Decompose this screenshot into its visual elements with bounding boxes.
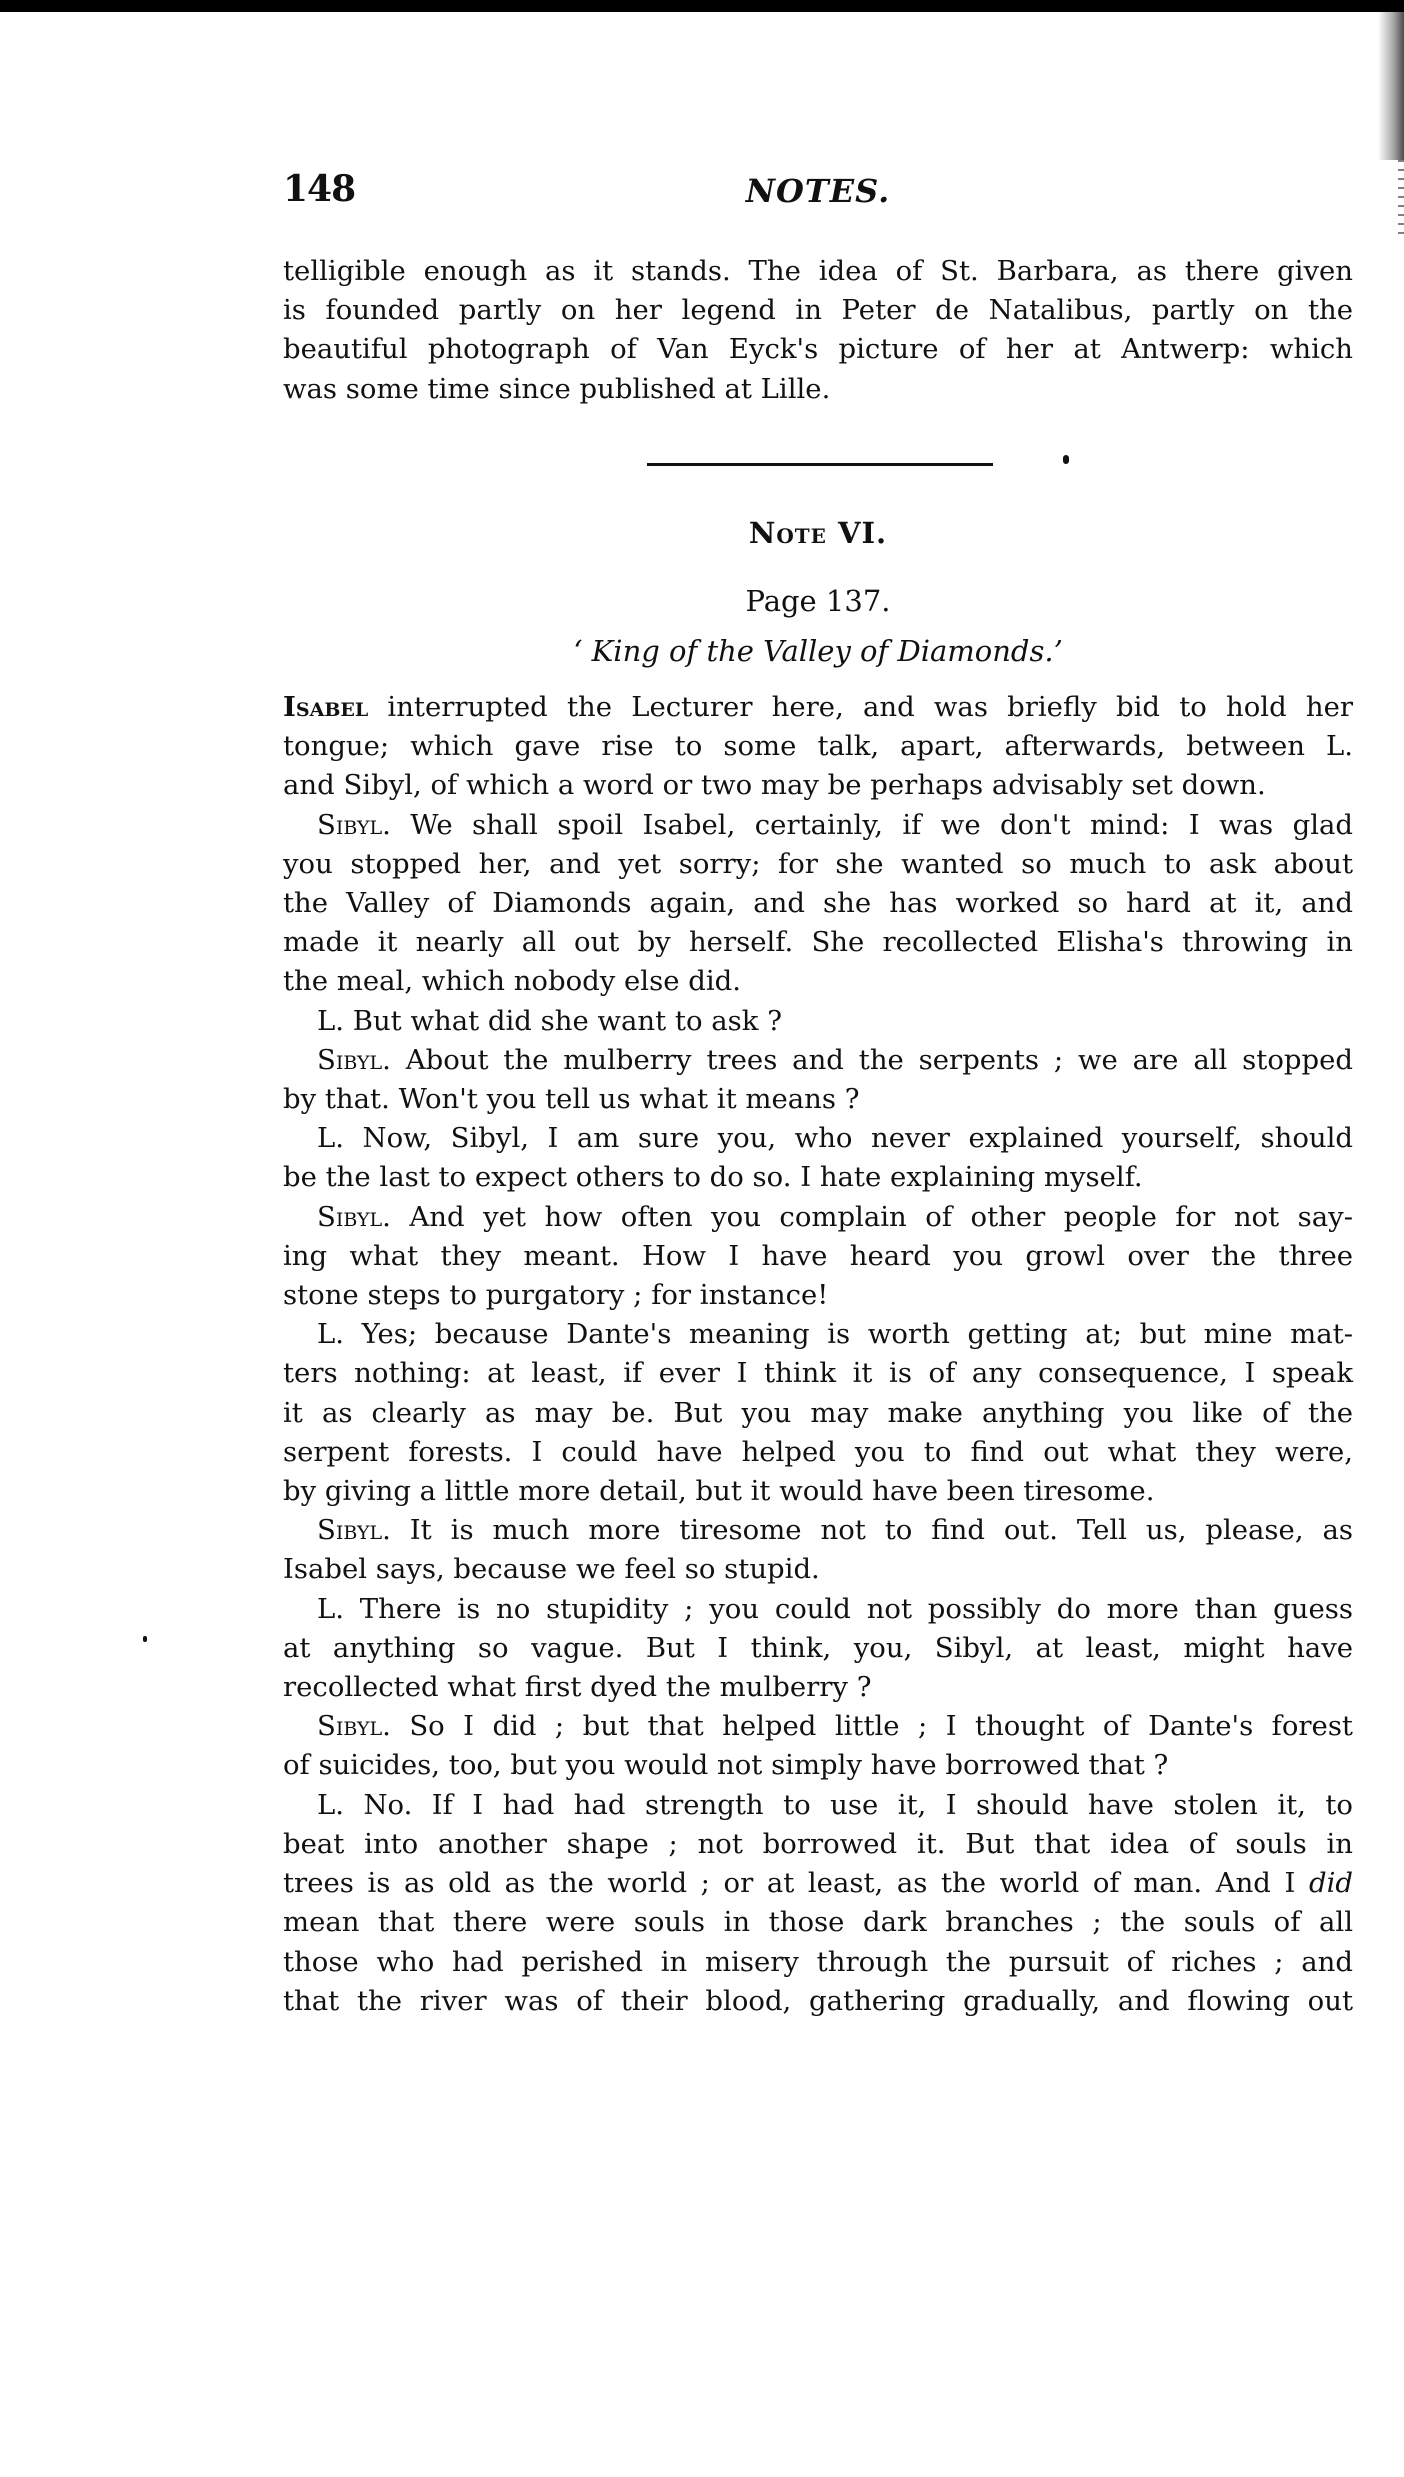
text-line: it as clearly as may be. But you may mak… bbox=[283, 1394, 1353, 1433]
text-line: at anything so vague. But I think, you, … bbox=[283, 1629, 1353, 1668]
page-reference: Page 137. bbox=[283, 584, 1353, 618]
text-line: that the river was of their blood, gathe… bbox=[283, 1982, 1353, 2021]
print-speck bbox=[143, 1636, 147, 1642]
speaker-name: Sibyl. bbox=[317, 1710, 391, 1742]
paragraph-l: L. There is no stupidity ; you could not… bbox=[283, 1590, 1353, 1708]
text-line: trees is as old as the world ; or at lea… bbox=[283, 1867, 1309, 1899]
text-line: Isabel says, because we feel so stupid. bbox=[283, 1550, 1353, 1589]
text-line: is founded partly on her legend in Peter… bbox=[283, 291, 1353, 330]
paragraph-sibyl: Sibyl. So I did ; but that helped little… bbox=[283, 1707, 1353, 1785]
text-line: you stopped her, and yet sorry; for she … bbox=[283, 845, 1353, 884]
speaker-name: L. bbox=[317, 1789, 344, 1821]
text-line: Now, Sibyl, I am sure you, who never exp… bbox=[344, 1122, 1353, 1154]
paragraph-l: L. But what did she want to ask ? bbox=[283, 1002, 1353, 1041]
paragraph-l: L. Yes; because Dante's meaning is worth… bbox=[283, 1315, 1353, 1511]
text-line: serpent forests. I could have helped you… bbox=[283, 1433, 1353, 1472]
text-line: And yet how often you complain of other … bbox=[391, 1201, 1353, 1233]
text-line: beat into another shape ; not borrowed i… bbox=[283, 1825, 1353, 1864]
scan-edge-noise bbox=[1398, 160, 1404, 240]
text-line: telligible enough as it stands. The idea… bbox=[283, 252, 1353, 291]
speaker-name: L. bbox=[317, 1005, 344, 1037]
text-line: made it nearly all out by herself. She r… bbox=[283, 923, 1353, 962]
print-speck bbox=[1063, 455, 1069, 464]
page-header: 148 NOTES. bbox=[283, 168, 1353, 212]
speaker-name: L. bbox=[317, 1318, 344, 1350]
text-line: About the mulberry trees and the serpent… bbox=[391, 1044, 1353, 1076]
speaker-name: Isabel bbox=[283, 691, 368, 723]
scan-top-border bbox=[0, 0, 1404, 12]
speaker-name: Sibyl. bbox=[317, 1201, 391, 1233]
speaker-name: Sibyl. bbox=[317, 1514, 391, 1546]
speaker-name: Sibyl. bbox=[317, 809, 391, 841]
text-line: be the last to expect others to do so. I… bbox=[283, 1158, 1353, 1197]
paragraph-sibyl: Sibyl. We shall spoil Isabel, certainly,… bbox=[283, 806, 1353, 1002]
text-line: those who had perished in misery through… bbox=[283, 1943, 1353, 1982]
text-line: and Sibyl, of which a word or two may be… bbox=[283, 766, 1353, 805]
text-line: So I did ; but that helped little ; I th… bbox=[391, 1710, 1353, 1742]
running-title: NOTES. bbox=[283, 172, 1353, 210]
text-line: was some time since published at Lille. bbox=[283, 370, 1353, 409]
text-line: tongue; which gave rise to some talk, ap… bbox=[283, 727, 1353, 766]
text-line: recollected what first dyed the mulberry… bbox=[283, 1668, 1353, 1707]
text-line: by that. Won't you tell us what it means… bbox=[283, 1080, 1353, 1119]
text-line: of suicides, too, but you would not simp… bbox=[283, 1746, 1353, 1785]
speaker-name: Sibyl. bbox=[317, 1044, 391, 1076]
text-line: No. If I had had strength to use it, I s… bbox=[344, 1789, 1353, 1821]
scan-corner-shadow bbox=[1378, 0, 1404, 160]
paragraph-l: L. No. If I had had strength to use it, … bbox=[283, 1786, 1353, 2021]
paragraph-sibyl: Sibyl. And yet how often you complain of… bbox=[283, 1198, 1353, 1316]
note-title: Note VI. bbox=[283, 516, 1353, 550]
paragraph-isabel: Isabel interrupted the Lecturer here, an… bbox=[283, 688, 1353, 806]
text-line: the meal, which nobody else did. bbox=[283, 962, 1353, 1001]
paragraph-sibyl: Sibyl. About the mulberry trees and the … bbox=[283, 1041, 1353, 1119]
paragraph-sibyl: Sibyl. It is much more tiresome not to f… bbox=[283, 1511, 1353, 1589]
text-line: stone steps to purgatory ; for instance! bbox=[283, 1276, 1353, 1315]
text-line: mean that there were souls in those dark… bbox=[283, 1903, 1353, 1942]
text-line: ters nothing: at least, if ever I think … bbox=[283, 1354, 1353, 1393]
paragraph-l: L. Now, Sibyl, I am sure you, who never … bbox=[283, 1119, 1353, 1197]
text-line: by giving a little more detail, but it w… bbox=[283, 1472, 1353, 1511]
text-line: interrupted the Lecturer here, and was b… bbox=[368, 691, 1353, 723]
emphasized-word: did bbox=[1309, 1867, 1353, 1899]
text-line: ing what they meant. How I have heard yo… bbox=[283, 1237, 1353, 1276]
dialogue: Isabel interrupted the Lecturer here, an… bbox=[283, 688, 1353, 2021]
text-line: It is much more tiresome not to find out… bbox=[391, 1514, 1353, 1546]
text-line: beautiful photograph of Van Eyck's pictu… bbox=[283, 330, 1353, 369]
text-line: There is no stupidity ; you could not po… bbox=[344, 1593, 1353, 1625]
speaker-name: L. bbox=[317, 1122, 344, 1154]
continuation-paragraph: telligible enough as it stands. The idea… bbox=[283, 252, 1353, 409]
speaker-name: L. bbox=[317, 1593, 344, 1625]
text-line: But what did she want to ask ? bbox=[344, 1005, 782, 1037]
section-divider bbox=[647, 463, 993, 466]
text-line: Yes; because Dante's meaning is worth ge… bbox=[344, 1318, 1353, 1350]
text-line: the Valley of Diamonds again, and she ha… bbox=[283, 884, 1353, 923]
quoted-heading: ‘ King of the Valley of Diamonds.’ bbox=[283, 634, 1353, 668]
text-line: We shall spoil Isabel, certainly, if we … bbox=[391, 809, 1353, 841]
